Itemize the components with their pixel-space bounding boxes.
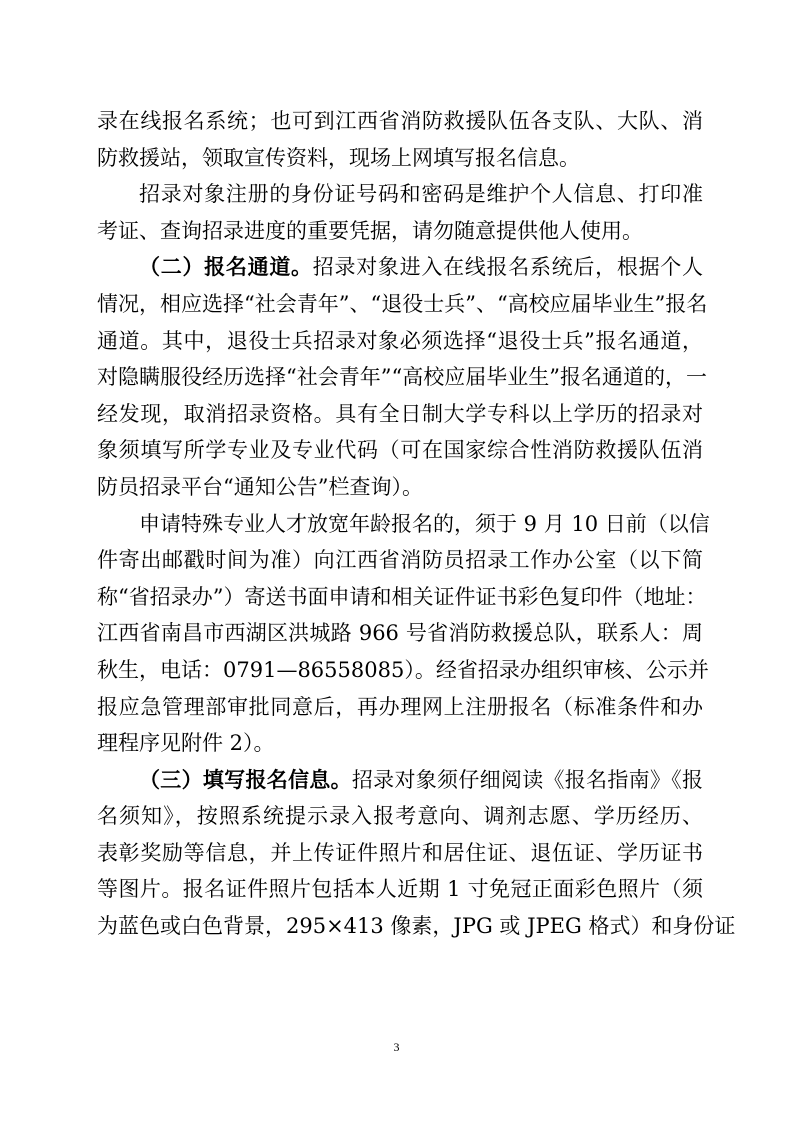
section-heading-line: （三）填写报名信息。招录对象须仔细阅读《报名指南》《报 (97, 762, 703, 799)
section-heading-line: （二）报名通道。招录对象进入在线报名系统后，根据个人 (97, 249, 703, 286)
text-line: 名须知》，按照系统提示录入报考意向、调剂志愿、学历经历、 (97, 798, 703, 835)
page-number: 3 (0, 1040, 793, 1055)
text-line: 理程序见附件 2）。 (97, 725, 703, 762)
text-line: 报应急管理部审批同意后，再办理网上注册报名（标准条件和办 (97, 689, 703, 726)
text-run: 招录对象进入在线报名系统后，根据个人 (313, 255, 703, 279)
text-line: 对隐瞒服役经历选择“社会青年”“高校应届毕业生”报名通道的，一 (97, 359, 703, 396)
text-line: 招录对象注册的身份证号码和密码是维护个人信息、打印准 (97, 176, 703, 213)
text-run: 招录对象须仔细阅读《报名指南》《报 (352, 768, 703, 792)
text-line: 称“省招录办”）寄送书面申请和相关证件证书彩色复印件（地址： (97, 579, 703, 616)
document-page: 录在线报名系统；也可到江西省消防救援队伍各支队、大队、消 防救援站，领取宣传资料… (97, 103, 703, 945)
text-line: 等图片。报名证件照片包括本人近期 1 寸免冠正面彩色照片（须 (97, 871, 703, 908)
text-line: 象须填写所学专业及专业代码（可在国家综合性消防救援队伍消 (97, 432, 703, 469)
text-line: 防员招录平台“通知公告”栏查询）。 (97, 469, 703, 506)
text-line: 申请特殊专业人才放宽年龄报名的，须于 9 月 10 日前（以信 (97, 506, 703, 543)
text-line: 为蓝色或白色背景，295×413 像素，JPG 或 JPEG 格式）和身份证 (97, 908, 703, 945)
text-line: 录在线报名系统；也可到江西省消防救援队伍各支队、大队、消 (97, 103, 703, 140)
text-line: 考证、查询招录进度的重要凭据，请勿随意提供他人使用。 (97, 213, 703, 250)
text-line: 江西省南昌市西湖区洪城路 966 号省消防救援总队，联系人：周 (97, 615, 703, 652)
text-line: 防救援站，领取宣传资料，现场上网填写报名信息。 (97, 140, 703, 177)
text-line: 情况，相应选择“社会青年”、“退役士兵”、“高校应届毕业生”报名 (97, 286, 703, 323)
text-line: 表彰奖励等信息，并上传证件照片和居住证、退伍证、学历证书 (97, 835, 703, 872)
text-line: 件寄出邮戳时间为准）向江西省消防员招录工作办公室（以下简 (97, 542, 703, 579)
section-heading: （二）报名通道。 (139, 254, 313, 279)
text-line: 通道。其中，退役士兵招录对象必须选择“退役士兵”报名通道， (97, 323, 703, 360)
section-heading: （三）填写报名信息。 (139, 767, 352, 792)
text-line: 秋生，电话：0791—86558085）。经省招录办组织审核、公示并 (97, 652, 703, 689)
text-line: 经发现，取消招录资格。具有全日制大学专科以上学历的招录对 (97, 396, 703, 433)
